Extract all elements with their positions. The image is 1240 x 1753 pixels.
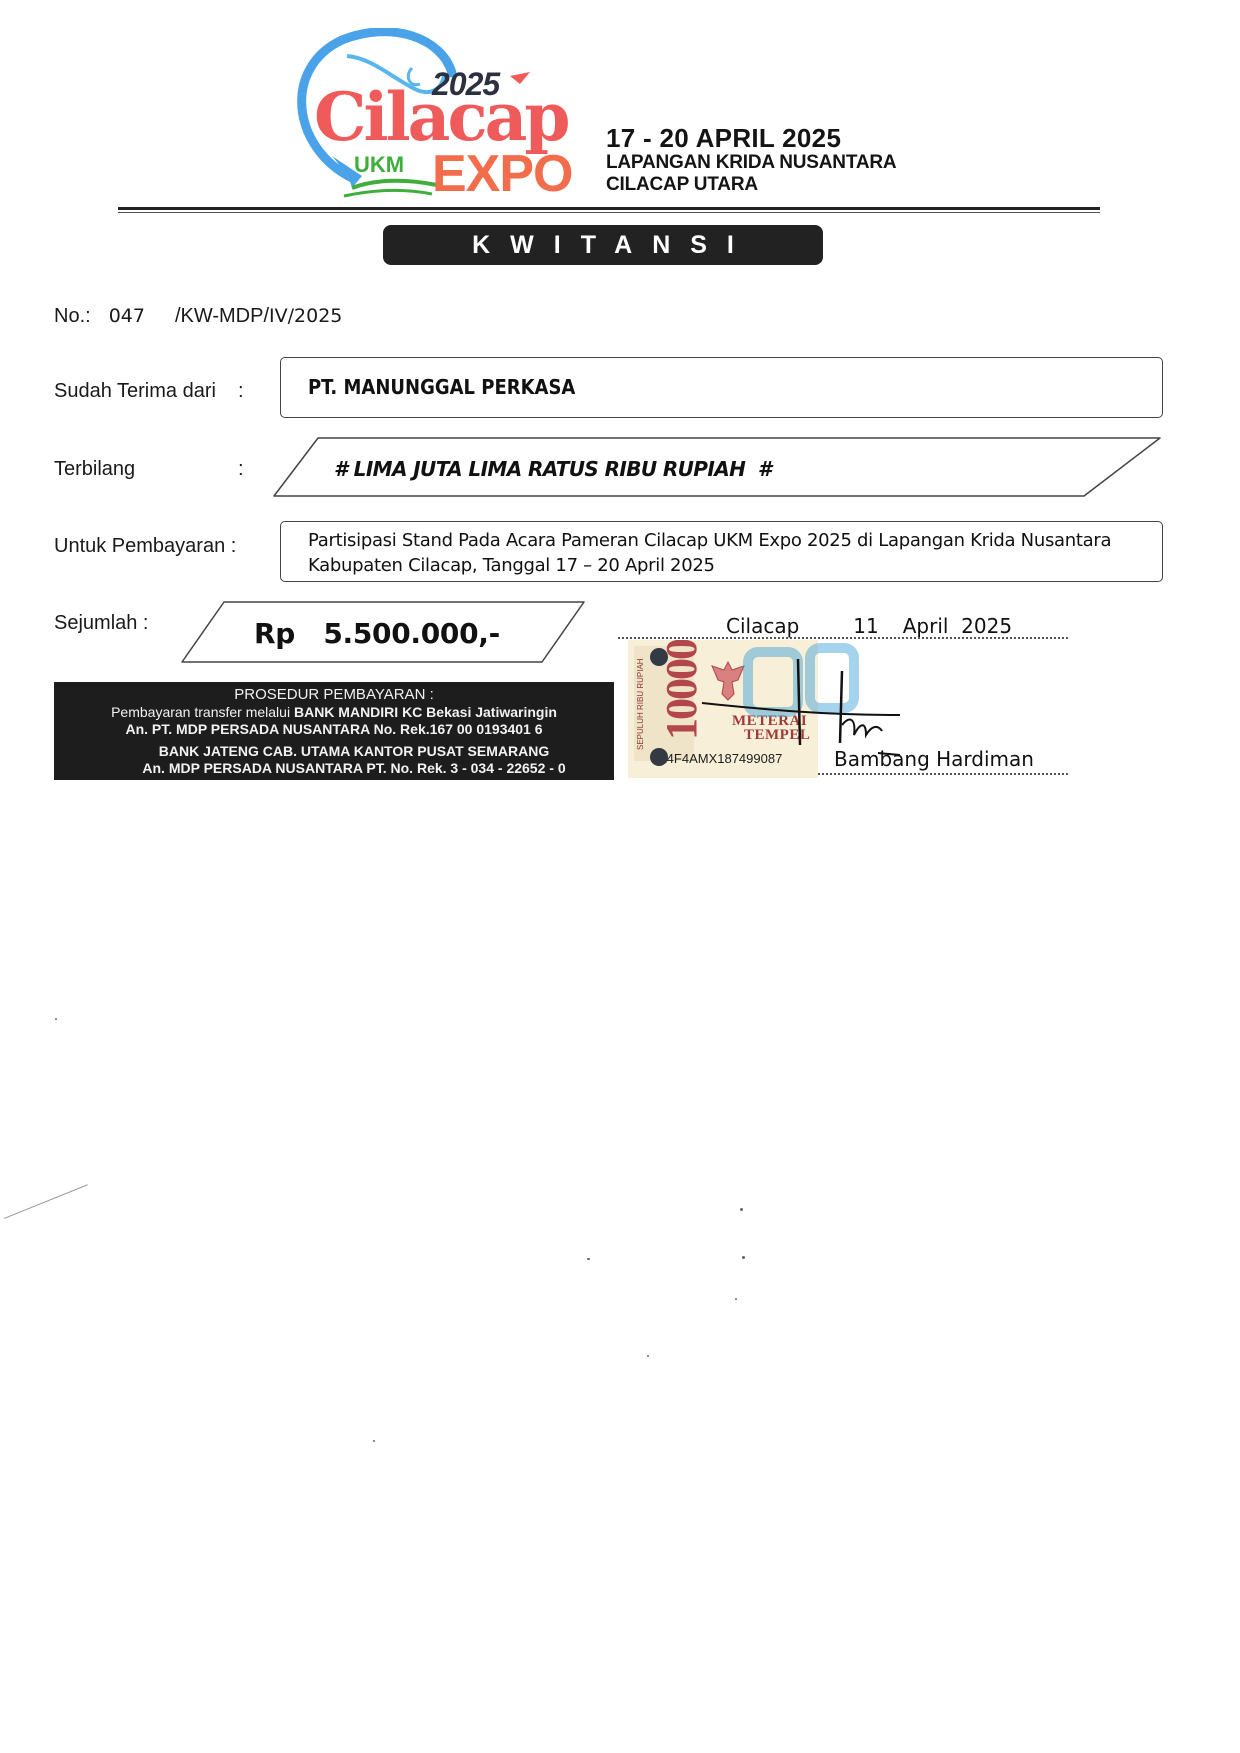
amount-field: Rp 5.500.000,- — [180, 600, 586, 664]
payment-procedure-title: PROSEDUR PEMBAYARAN : — [54, 686, 614, 703]
received-from-label: Sudah Terima dari — [54, 380, 216, 403]
payment-line-1-prefix: Pembayaran transfer melalui — [111, 704, 294, 720]
stamp-perforation — [650, 648, 668, 666]
amount-words-value: # LIMA JUTA LIMA RATUS RIBU RUPIAH # — [334, 457, 771, 481]
signing-day: 11 — [853, 614, 878, 638]
event-venue: LAPANGAN KRIDA NUSANTARA — [606, 152, 896, 174]
signing-month-year: April 2025 — [903, 614, 1012, 638]
scan-speck — [735, 1298, 737, 1300]
purpose-label: Untuk Pembayaran : — [54, 535, 236, 558]
purpose-field: Partisipasi Stand Pada Acara Pameran Cil… — [280, 521, 1163, 582]
signer-name: Bambang Hardiman — [834, 747, 1034, 771]
amount-value: Rp 5.500.000,- — [254, 617, 500, 650]
logo-expo: EXPO — [432, 148, 573, 200]
header-divider — [118, 207, 1100, 210]
amount-words-label: Terbilang — [54, 458, 135, 481]
logo-ukm: UKM — [354, 152, 404, 178]
header-divider-thin — [118, 212, 1100, 213]
amount-label: Sejumlah : — [54, 612, 149, 635]
amount-words-field: # LIMA JUTA LIMA RATUS RIBU RUPIAH # — [272, 436, 1162, 498]
purpose-line-1: Partisipasi Stand Pada Acara Pameran Cil… — [308, 528, 1111, 553]
document-title: KWITANSI — [383, 225, 823, 265]
logo-city: Cilacap — [314, 84, 568, 150]
payment-line-3: BANK JATENG CAB. UTAMA KANTOR PUSAT SEMA… — [74, 743, 634, 759]
payment-procedure: PROSEDUR PEMBAYARAN : Pembayaran transfe… — [54, 682, 614, 780]
scan-speck — [740, 1208, 743, 1211]
receipt-number-value: 047 — [109, 305, 145, 327]
scan-speck — [373, 1440, 375, 1442]
scan-artifact-line — [4, 1184, 88, 1219]
event-date: 17 - 20 APRIL 2025 — [606, 124, 896, 152]
stamp-denomination-words: SEPULUH RIBU RUPIAH — [636, 658, 645, 750]
purpose-value: Partisipasi Stand Pada Acara Pameran Cil… — [308, 528, 1111, 578]
receipt-number-label: No.: — [54, 305, 91, 327]
place-date: Cilacap11April 2025 — [726, 614, 1012, 638]
payment-line-1: Pembayaran transfer melalui BANK MANDIRI… — [54, 704, 614, 720]
received-from-value: PT. MANUNGGAL PERKASA — [308, 375, 575, 399]
event-info: 17 - 20 APRIL 2025 LAPANGAN KRIDA NUSANT… — [606, 124, 896, 196]
received-from-field: PT. MANUNGGAL PERKASA — [280, 357, 1163, 418]
signature-dotted-line — [818, 773, 1068, 775]
date-dotted-line — [618, 637, 1068, 639]
receipt-number: No.:047/KW-MDP/IV/2025 — [54, 305, 342, 328]
receipt-number-code: /KW-MDP/ — [175, 305, 269, 327]
scan-speck — [55, 1018, 57, 1020]
colon: : — [238, 380, 244, 403]
stamp-perforation — [650, 748, 668, 766]
payment-line-2: An. PT. MDP PERSADA NUSANTARA No. Rek.16… — [54, 721, 614, 737]
scan-speck — [647, 1355, 649, 1357]
event-city: CILACAP UTARA — [606, 174, 896, 196]
purpose-line-2: Kabupaten Cilacap, Tanggal 17 – 20 April… — [308, 553, 1111, 578]
receipt-number-period: IV/2025 — [269, 305, 342, 327]
signing-place: Cilacap — [726, 614, 799, 638]
scan-speck — [587, 1258, 590, 1260]
colon: : — [238, 458, 244, 481]
scan-speck — [742, 1256, 745, 1259]
payment-line-4: An. MDP PERSADA NUSANTARA PT. No. Rek. 3… — [74, 760, 634, 776]
event-logo: 2025 Cilacap UKM EXPO — [292, 28, 582, 208]
payment-line-1-bank: BANK MANDIRI KC Bekasi Jatiwaringin — [294, 704, 557, 720]
